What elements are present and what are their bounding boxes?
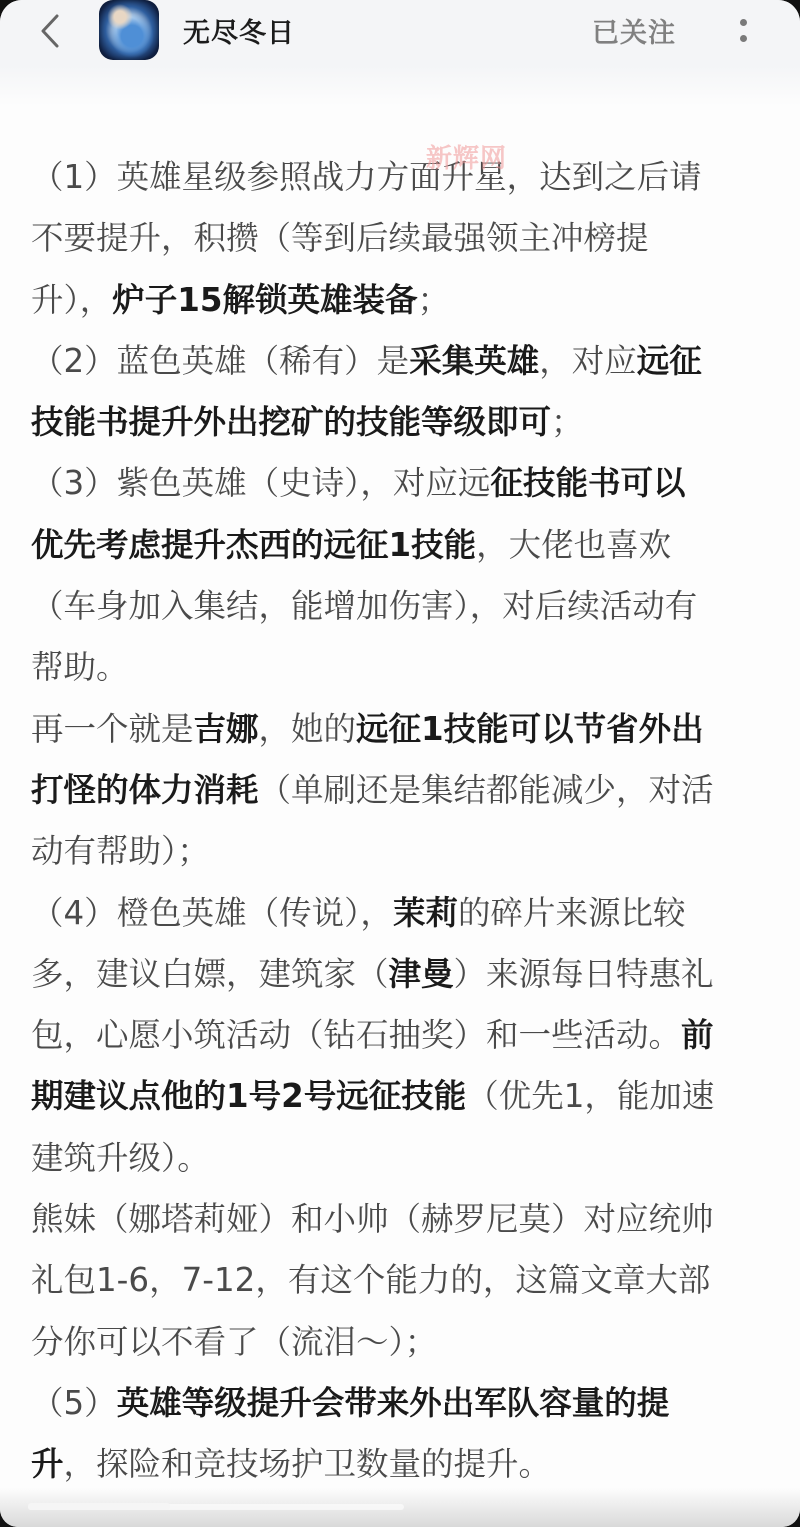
bold-text: 采集英雄 bbox=[409, 342, 539, 380]
article-body: （1）英雄星级参照战力方面升星，达到之后请不要提升，积攒（等到后续最强领主冲榜提… bbox=[31, 147, 771, 1496]
bold-text: 远征1技能可以节省外出 bbox=[356, 710, 704, 748]
article-line: 不要提升，积攒（等到后续最强领主冲榜提 bbox=[31, 208, 771, 269]
article-line: 再一个就是吉娜，她的远征1技能可以节省外出 bbox=[31, 699, 771, 760]
bold-text: 炉子15解锁英雄装备 bbox=[112, 281, 417, 319]
article-line: 分你可以不看了（流泪～）； bbox=[31, 1312, 771, 1373]
text: 再一个就是 bbox=[31, 710, 194, 748]
article-line: 打怪的体力消耗（单刷还是集结都能减少，对活 bbox=[31, 760, 771, 821]
text: 分你可以不看了（流泪～）； bbox=[31, 1323, 437, 1361]
text: 建筑升级）。 bbox=[31, 1139, 210, 1177]
bold-text: 升 bbox=[31, 1445, 64, 1483]
more-vertical-icon bbox=[740, 19, 747, 26]
article-line: （车身加入集结，能增加伤害），对后续活动有 bbox=[31, 576, 771, 637]
text: ，大佬也喜欢 bbox=[476, 526, 671, 564]
bold-text: 期建议点他的1号2号远征技能 bbox=[31, 1077, 466, 1115]
account-title[interactable]: 无尽冬日 bbox=[183, 11, 295, 50]
text: 升）， bbox=[31, 281, 112, 319]
article-line: 包，心愿小筑活动（钻石抽奖）和一些活动。前 bbox=[31, 1005, 771, 1066]
text: 礼包1-6，7-12，有这个能力的，这篇文章大部 bbox=[31, 1261, 710, 1299]
bold-text: 津曼 bbox=[389, 955, 454, 993]
article-line: （3）紫色英雄（史诗），对应远征技能书可以 bbox=[31, 453, 771, 514]
article-line: （4）橙色英雄（传说），茉莉的碎片来源比较 bbox=[31, 883, 771, 944]
bold-text: 英雄等级提升会带来外出军队容量的提 bbox=[117, 1384, 670, 1422]
article-line: 升），炉子15解锁英雄装备； bbox=[31, 270, 771, 331]
bold-text: 前 bbox=[681, 1016, 714, 1054]
bold-text: 技能书提升外出挖矿的技能等级即可 bbox=[31, 403, 551, 441]
watermark: 新辉网 bbox=[426, 138, 507, 175]
header-fade bbox=[0, 66, 800, 106]
article-line: 礼包1-6，7-12，有这个能力的，这篇文章大部 bbox=[31, 1250, 771, 1311]
text: 多，建议白嫖，建筑家（ bbox=[31, 955, 389, 993]
text: ； bbox=[551, 403, 584, 441]
chevron-left-icon bbox=[39, 13, 61, 49]
text: 的碎片来源比较 bbox=[458, 894, 686, 932]
text: （1）英雄星级参照战力方面升星，达到之后请 bbox=[31, 158, 702, 196]
text: （优先1，能加速 bbox=[466, 1077, 714, 1115]
more-vertical-icon bbox=[740, 35, 747, 42]
text: ，对应 bbox=[539, 342, 637, 380]
article-line: 优先考虑提升杰西的远征1技能，大佬也喜欢 bbox=[31, 515, 771, 576]
text: （4）橙色英雄（传说）， bbox=[31, 894, 393, 932]
text: 不要提升，积攒（等到后续最强领主冲榜提 bbox=[31, 219, 649, 257]
back-button[interactable] bbox=[30, 10, 70, 52]
article-line: （1）英雄星级参照战力方面升星，达到之后请 bbox=[31, 147, 771, 208]
bold-text: 优先考虑提升杰西的远征1技能 bbox=[31, 526, 476, 564]
article-line: 升，探险和竞技场护卫数量的提升。 bbox=[31, 1434, 771, 1495]
article-line: 多，建议白嫖，建筑家（津曼）来源每日特惠礼 bbox=[31, 944, 771, 1005]
text: 帮助。 bbox=[31, 648, 129, 686]
top-bar: 无尽冬日 已关注 bbox=[0, 0, 800, 66]
article-line: 熊妹（娜塔莉娅）和小帅（赫罗尼莫）对应统帅 bbox=[31, 1189, 771, 1250]
screen: 无尽冬日 已关注 （1）英雄星级参照战力方面升星，达到之后请不要提升，积攒（等到… bbox=[0, 0, 800, 1527]
bold-text: 征技能书可以 bbox=[490, 464, 685, 502]
article-line: （2）蓝色英雄（稀有）是采集英雄，对应远征 bbox=[31, 331, 771, 392]
article-line: 建筑升级）。 bbox=[31, 1128, 771, 1189]
bold-text: 打怪的体力消耗 bbox=[31, 771, 259, 809]
text: 包，心愿小筑活动（钻石抽奖）和一些活动。 bbox=[31, 1016, 681, 1054]
article-line: 技能书提升外出挖矿的技能等级即可； bbox=[31, 392, 771, 453]
text: 动有帮助）； bbox=[31, 832, 210, 870]
text: ）来源每日特惠礼 bbox=[454, 955, 714, 993]
text: ，探险和竞技场护卫数量的提升。 bbox=[64, 1445, 552, 1483]
article-line: 期建议点他的1号2号远征技能（优先1，能加速 bbox=[31, 1066, 771, 1127]
bold-text: 吉娜 bbox=[194, 710, 259, 748]
bold-text: 茉莉 bbox=[393, 894, 458, 932]
article-line: （5）英雄等级提升会带来外出军队容量的提 bbox=[31, 1373, 771, 1434]
text: （2）蓝色英雄（稀有）是 bbox=[31, 342, 409, 380]
followed-button[interactable]: 已关注 bbox=[584, 4, 684, 56]
bold-text: 远征 bbox=[637, 342, 702, 380]
game-globe-icon[interactable] bbox=[99, 0, 159, 60]
article-line: 动有帮助）； bbox=[31, 821, 771, 882]
more-menu-button[interactable] bbox=[728, 12, 758, 48]
article-line: 帮助。 bbox=[31, 637, 771, 698]
text: （单刷还是集结都能减少，对活 bbox=[259, 771, 714, 809]
text: ； bbox=[418, 281, 451, 319]
text: ，她的 bbox=[259, 710, 357, 748]
text: 熊妹（娜塔莉娅）和小帅（赫罗尼莫）对应统帅 bbox=[31, 1200, 714, 1238]
text: （5） bbox=[31, 1384, 117, 1422]
scroll-progress-bar[interactable] bbox=[28, 1503, 170, 1510]
text: （3）紫色英雄（史诗），对应远 bbox=[31, 464, 490, 502]
text: （车身加入集结，能增加伤害），对后续活动有 bbox=[31, 587, 697, 625]
